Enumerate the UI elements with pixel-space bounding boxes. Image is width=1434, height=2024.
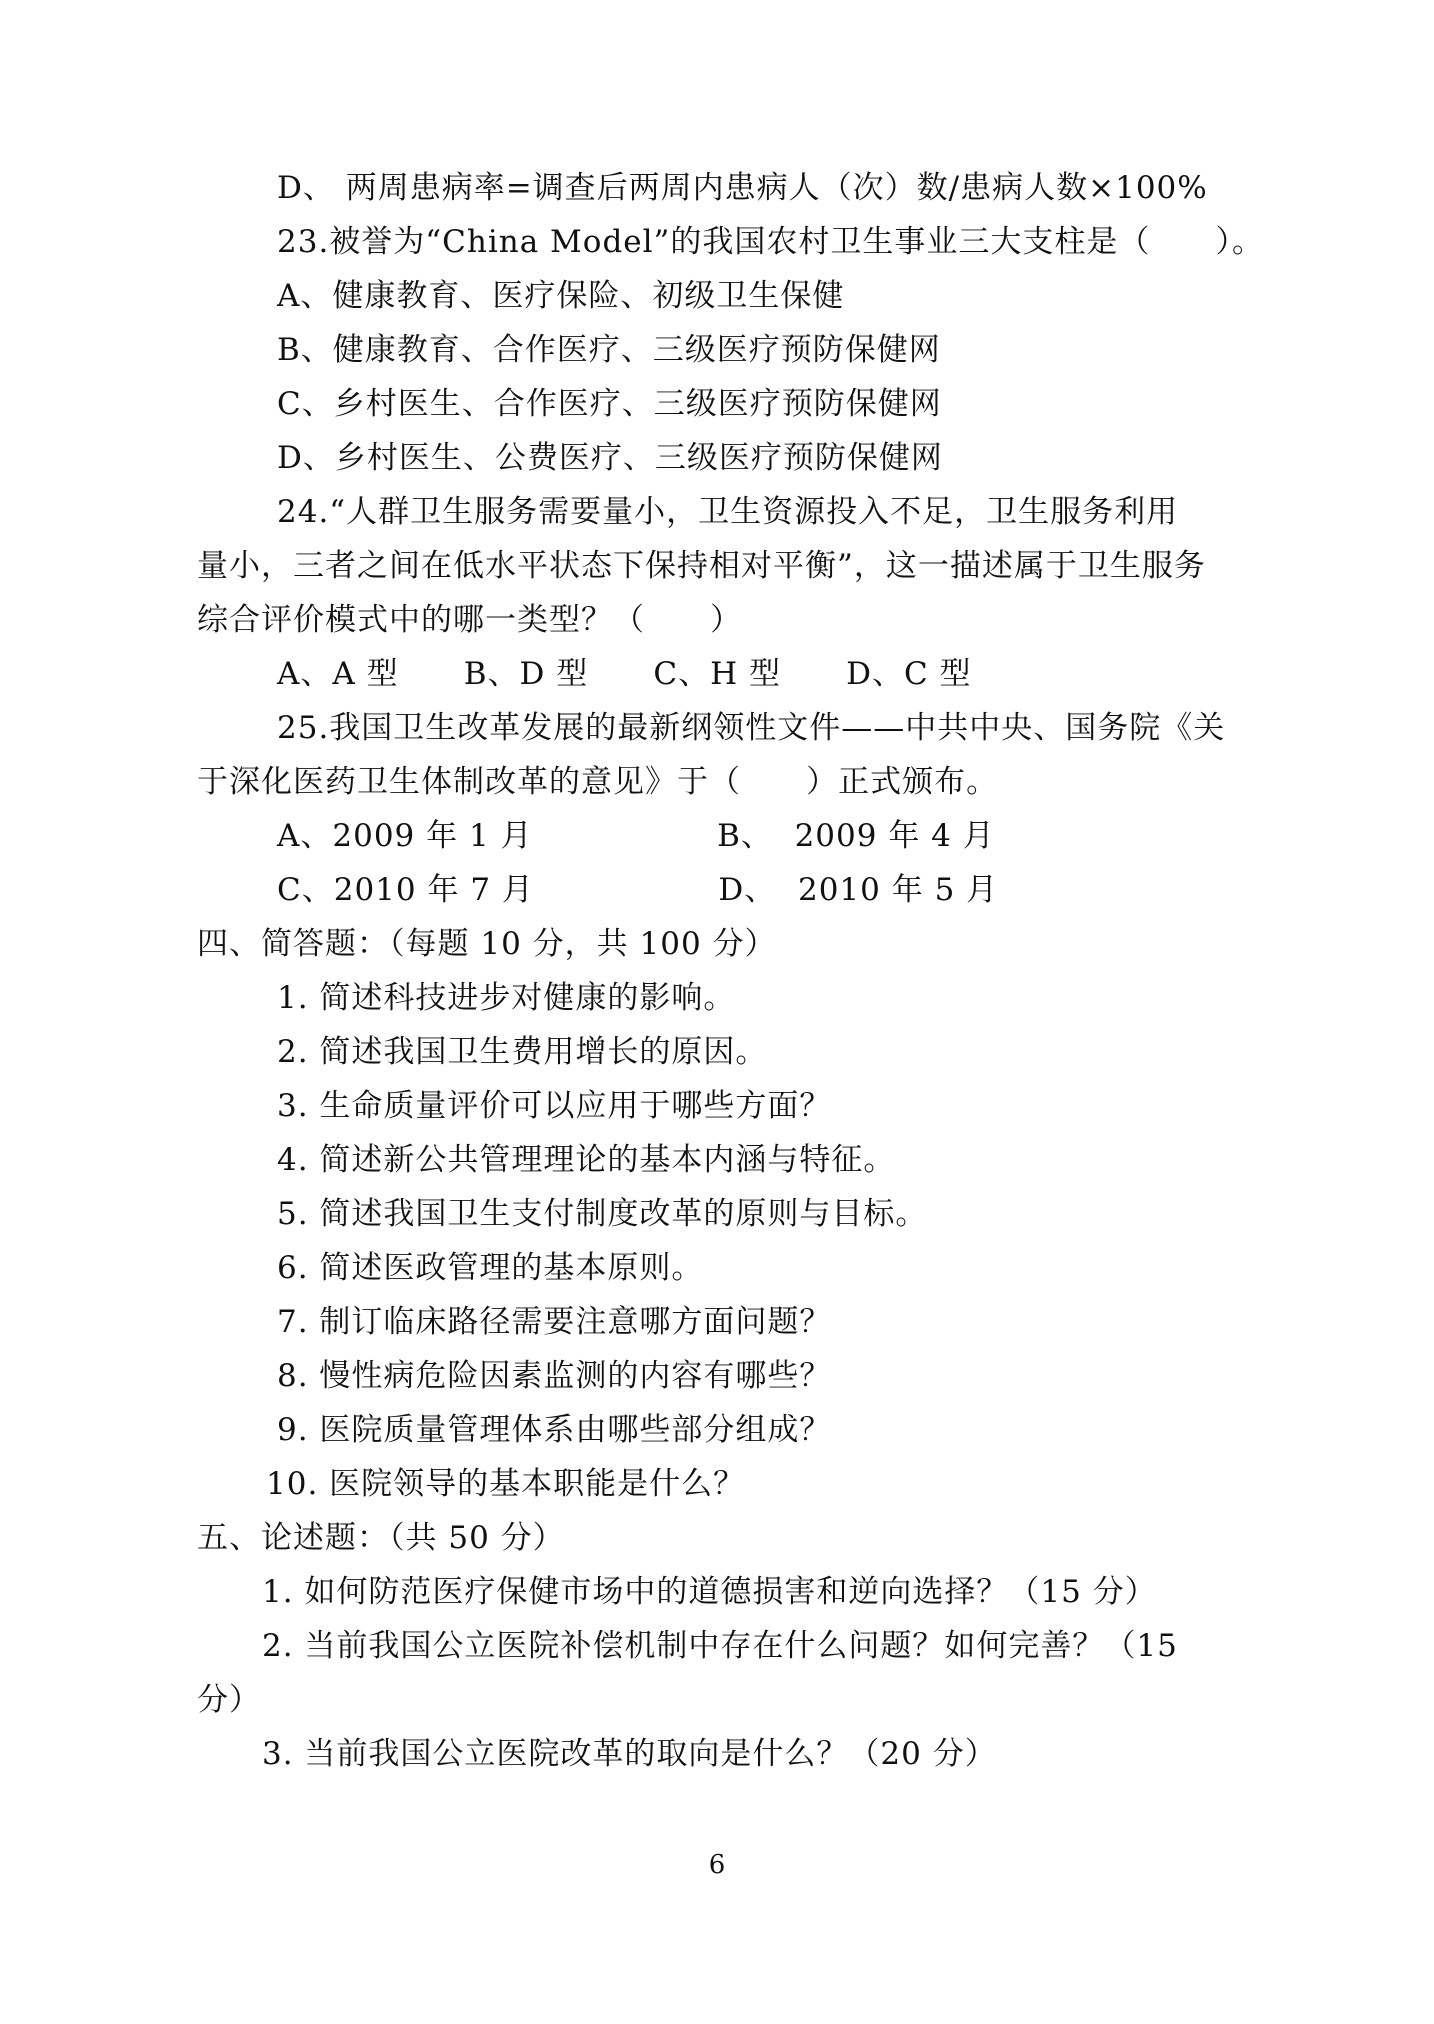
text-line: 量小，三者之间在低水平状态下保持相对平衡”，这一描述属于卫生服务 — [197, 546, 1206, 586]
text-line: B、健康教育、合作医疗、三级医疗预防保健网 — [277, 330, 941, 370]
text-line: 5. 简述我国卫生支付制度改革的原则与目标。 — [277, 1194, 927, 1234]
text-line: 24.“人群卫生服务需要量小，卫生资源投入不足，卫生服务利用 — [277, 492, 1178, 532]
text-line: C、2010 年 7 月 D、 2010 年 5 月 — [277, 870, 998, 910]
text-line: 于深化医药卫生体制改革的意见》于（ ）正式颁布。 — [197, 762, 998, 802]
text-line: A、健康教育、医疗保险、初级卫生保健 — [277, 276, 844, 316]
text-line: D、 两周患病率=调查后两周内患病人（次）数/患病人数×100% — [277, 168, 1208, 208]
text-line: 分） — [197, 1680, 261, 1720]
text-line: 1. 简述科技进步对健康的影响。 — [277, 978, 735, 1018]
text-line: 四、简答题：（每题 10 分，共 100 分） — [197, 924, 777, 964]
text-line: 6. 简述医政管理的基本原则。 — [277, 1248, 703, 1288]
text-line: 综合评价模式中的哪一类型？（ ） — [197, 600, 742, 640]
text-line: 2. 当前我国公立医院补偿机制中存在什么问题？如何完善？（15 — [262, 1626, 1178, 1666]
text-line: 4. 简述新公共管理理论的基本内涵与特征。 — [277, 1140, 895, 1180]
text-line: 7. 制订临床路径需要注意哪方面问题？ — [277, 1302, 831, 1342]
text-line: 五、论述题：（共 50 分） — [197, 1518, 565, 1558]
text-line: A、A 型 B、D 型 C、H 型 D、C 型 — [277, 654, 972, 694]
page-number: 6 — [0, 1850, 1434, 1880]
text-line: 1. 如何防范医疗保健市场中的道德损害和逆向选择？（15 分） — [262, 1572, 1157, 1612]
text-line: 9. 医院质量管理体系由哪些部分组成？ — [277, 1410, 831, 1450]
text-line: A、2009 年 1 月 B、 2009 年 4 月 — [277, 816, 995, 856]
text-line: C、乡村医生、合作医疗、三级医疗预防保健网 — [277, 384, 942, 424]
text-line: 25.我国卫生改革发展的最新纲领性文件——中共中央、国务院《关 — [277, 708, 1225, 748]
text-line: 10. 医院领导的基本职能是什么？ — [266, 1464, 745, 1504]
text-line: 23.被誉为“China Model”的我国农村卫生事业三大支柱是（ ）。 — [277, 222, 1264, 262]
text-line: 3. 生命质量评价可以应用于哪些方面？ — [277, 1086, 831, 1126]
text-line: 8. 慢性病危险因素监测的内容有哪些？ — [277, 1356, 831, 1396]
text-line: 2. 简述我国卫生费用增长的原因。 — [277, 1032, 767, 1072]
text-line: D、乡村医生、公费医疗、三级医疗预防保健网 — [277, 438, 943, 478]
text-line: 3. 当前我国公立医院改革的取向是什么？（20 分） — [262, 1734, 997, 1774]
